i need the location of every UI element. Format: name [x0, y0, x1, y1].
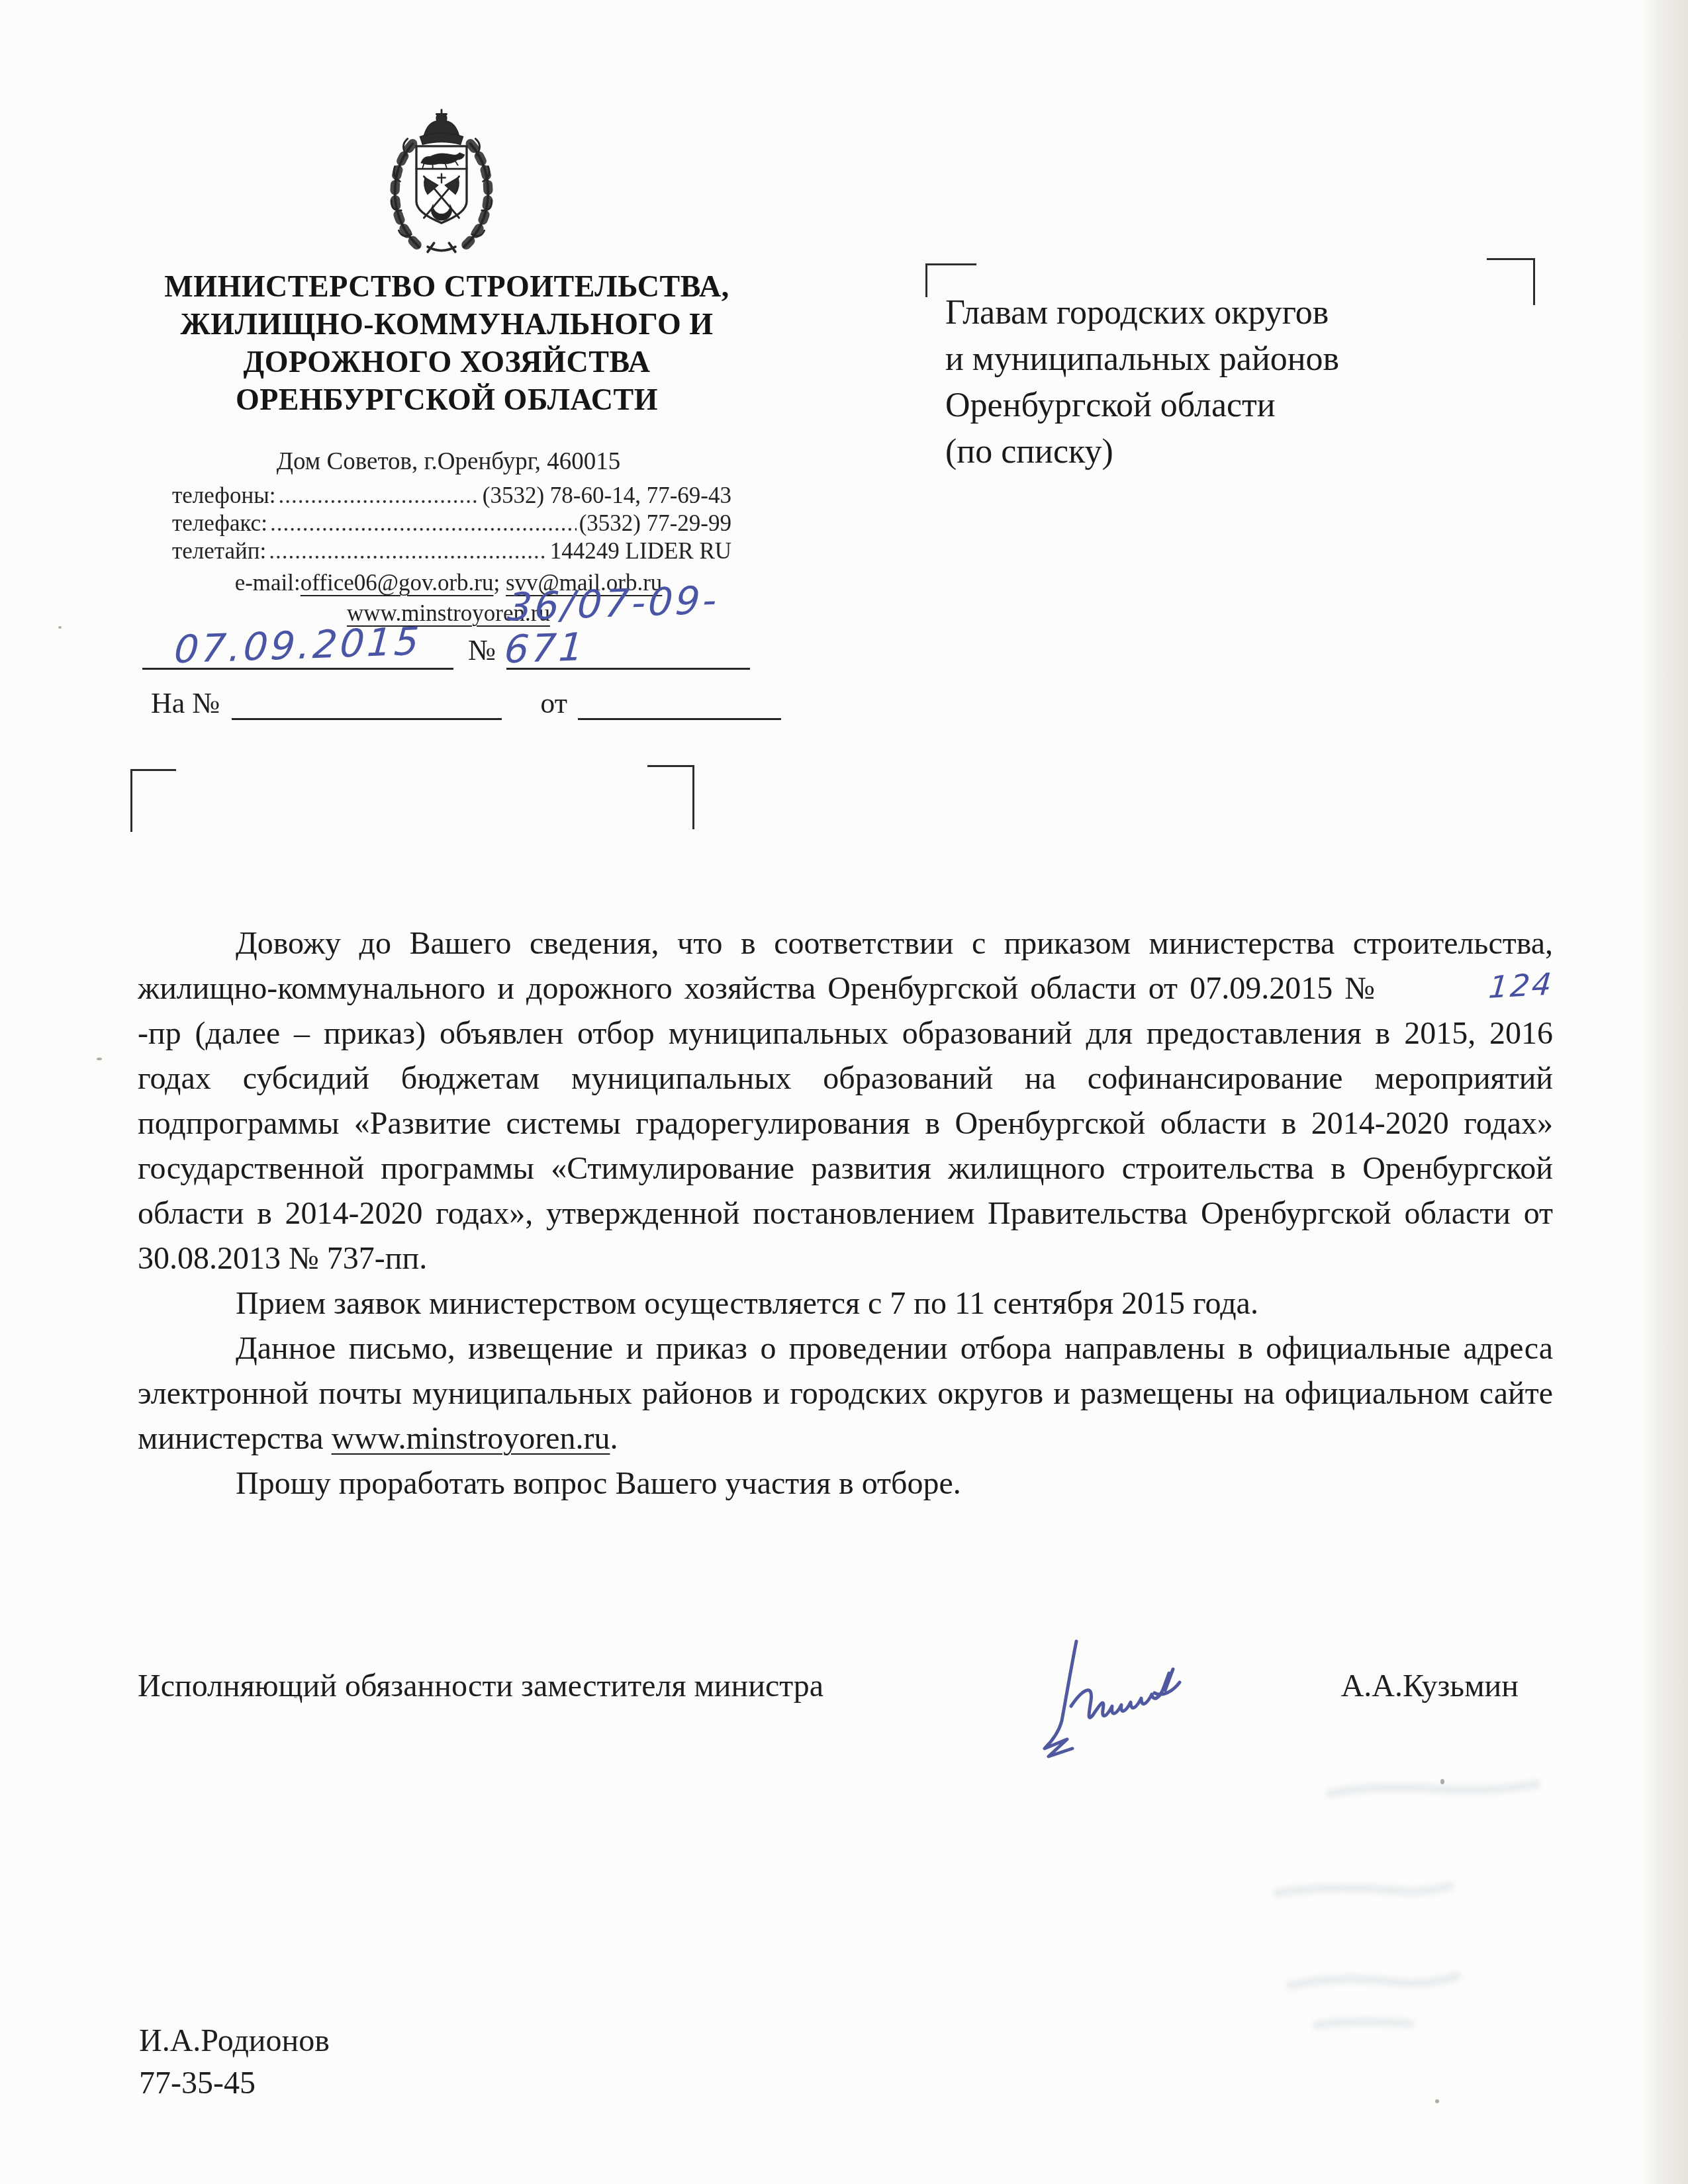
body-paragraph-1: Довожу до Вашего сведения, что в соответ…: [138, 921, 1553, 1281]
ministry-name-line: ОРЕНБУРГСКОЙ ОБЛАСТИ: [119, 381, 774, 418]
outgoing-number-field: 36/07-09-671: [506, 604, 750, 670]
number-sign: №: [468, 633, 496, 667]
teletype-value: 144249 LIDER RU: [550, 538, 731, 565]
dot-leader: ........................................…: [278, 482, 479, 509]
handwritten-order-number: 124: [1389, 969, 1554, 1008]
scan-speck: [58, 626, 62, 629]
phone-value: (3532) 78-60-14, 77-69-43: [483, 482, 731, 509]
handwritten-outgoing-number: 36/07-09-671: [503, 578, 753, 671]
signer-name: А.А.Кузьмин: [1341, 1668, 1519, 1704]
handwritten-signature: [1033, 1627, 1231, 1766]
orenburg-coat-of-arms: [379, 107, 504, 263]
body-paragraph-2: Прием заявок министерством осуществляетс…: [138, 1281, 1553, 1326]
email-address-1: office06@gov.orb.ru: [301, 570, 494, 596]
ministry-site-url: www.minstroyoren.ru: [332, 1421, 610, 1456]
recipient-line: и муниципальных районов: [945, 336, 1528, 383]
outgoing-reference-row: 07.09.2015 № 36/07-09-671: [142, 606, 750, 670]
ministry-name-line: МИНИСТЕРСТВО СТРОИТЕЛЬСТВА,: [119, 267, 774, 305]
email-prefix: e-mail:: [235, 570, 301, 596]
postal-address: Дом Советов, г.Оренбург, 460015: [136, 447, 761, 476]
email-separator: ;: [494, 570, 506, 596]
reply-date-blank: [578, 678, 781, 720]
reply-reference-row: На № от: [151, 676, 781, 720]
date-field: 07.09.2015: [142, 604, 453, 670]
reply-prefix: На №: [151, 686, 220, 720]
fax-value: (3532) 77-29-99: [579, 510, 731, 537]
corner-mark-right: [647, 765, 694, 829]
executor-block: И.А.Родионов 77-35-45: [139, 2020, 330, 2105]
fax-row: телефакс: ..............................…: [172, 510, 731, 537]
teletype-label: телетайп:: [172, 538, 266, 565]
p1-text-before: Довожу до Вашего сведения, что в соответ…: [138, 926, 1553, 1006]
teletype-row: телетайп: ..............................…: [172, 538, 731, 565]
reply-number-blank: [232, 678, 502, 720]
executor-phone: 77-35-45: [139, 2062, 330, 2105]
body-paragraph-4: Прошу проработать вопрос Вашего участия …: [138, 1461, 1553, 1506]
dot-leader: ........................................…: [269, 538, 547, 565]
scan-speck: [97, 1058, 102, 1060]
body-paragraph-3: Данное письмо, извещение и приказ о пров…: [138, 1326, 1553, 1461]
ministry-name-line: ЖИЛИЩНО-КОММУНАЛЬНОГО И: [119, 305, 774, 343]
scan-edge-shadow: [1640, 0, 1688, 2184]
fax-label: телефакс:: [172, 510, 267, 537]
p3-text-after: .: [610, 1421, 618, 1456]
handwritten-date: 07.09.2015: [173, 620, 423, 671]
recipient-block: Главам городских округов и муниципальных…: [945, 290, 1528, 475]
coat-of-arms-emblem: [379, 107, 504, 259]
scanned-letter-page: { "colors": { "ink": "#1b1b1b", "handwri…: [0, 0, 1688, 2184]
recipient-line: Оренбургской области: [945, 383, 1528, 429]
dot-leader: ........................................…: [270, 510, 577, 537]
executor-name: И.А.Родионов: [139, 2020, 330, 2062]
p1-text-after: -пр (далее – приказ) объявлен отбор муни…: [138, 1016, 1553, 1276]
recipient-line: (по списку): [945, 429, 1528, 475]
phone-row: телефоны: ..............................…: [172, 482, 731, 509]
corner-mark-left: [130, 769, 176, 832]
signer-position: Исполняющий обязанности заместителя мини…: [138, 1668, 823, 1704]
letter-body: Довожу до Вашего сведения, что в соответ…: [138, 921, 1553, 1506]
reply-from-label: от: [540, 686, 567, 720]
ministry-name: МИНИСТЕРСТВО СТРОИТЕЛЬСТВА, ЖИЛИЩНО-КОММ…: [119, 267, 774, 418]
bleed-through-artifact: [1238, 1754, 1582, 2071]
ministry-name-line: ДОРОЖНОГО ХОЗЯЙСТВА: [119, 343, 774, 381]
phone-label: телефоны:: [172, 482, 275, 509]
scan-speck: [1435, 2099, 1439, 2103]
recipient-line: Главам городских округов: [945, 290, 1528, 336]
